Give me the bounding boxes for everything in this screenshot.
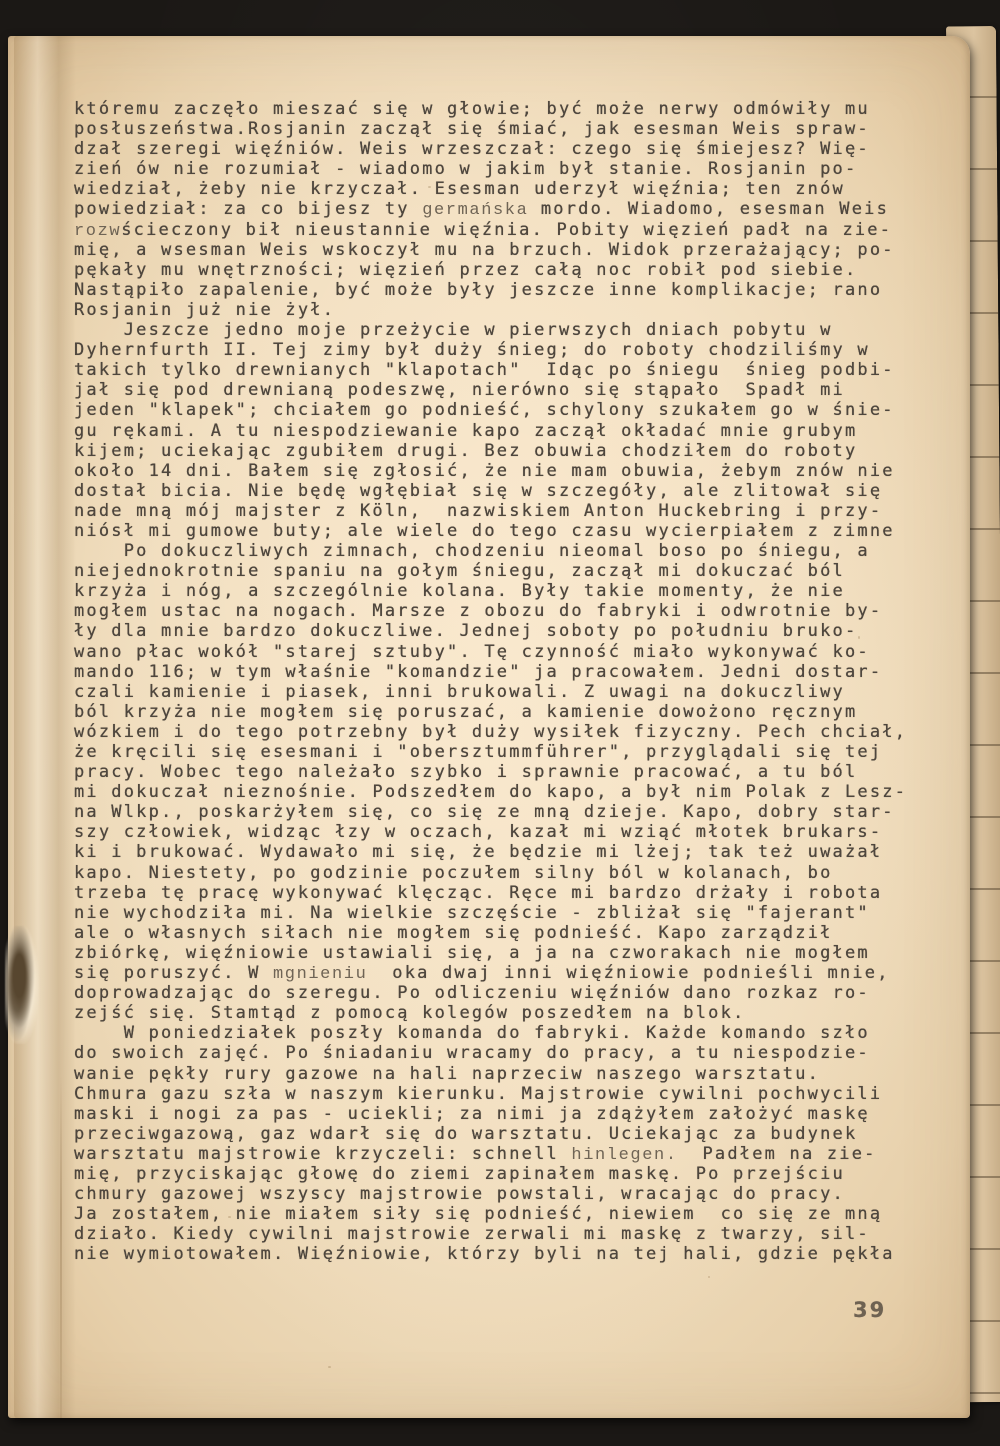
text-segment: mię, przyciskając głowę do ziemi zapinał…	[74, 1164, 845, 1184]
text-line: mogłem ustac na nogach. Marsze z obozu d…	[74, 601, 907, 621]
text-line: doprowadzając do szeregu. Po odliczeniu …	[74, 983, 907, 1003]
text-segment: czali kamienie i piasek, inni brukowali.…	[74, 682, 845, 702]
text-segment: ale o własnych siłach nie mogłem się pod…	[74, 923, 833, 943]
text-segment: nie wychodziła mi. Na wielkie szczęście …	[74, 903, 870, 923]
text-line: do swoich zajęć. Po śniadaniu wracamy do…	[74, 1043, 907, 1063]
text-line: zejść się. Stamtąd z pomocą kolegów posz…	[74, 1003, 907, 1023]
text-segment: zień ów nie rozumiał - wiadomo w jakim b…	[74, 159, 857, 179]
text-segment: powiedział: za co bijesz ty	[74, 199, 422, 219]
text-line: W poniedziałek poszły komanda do fabryki…	[74, 1023, 907, 1043]
text-line: że kręcili się esesmani i "obersztummfüh…	[74, 742, 907, 762]
text-segment: pękały mu wnętrzności; więzień przez cał…	[74, 260, 857, 280]
text-segment: mię, a wsesman Weis wskoczył mu na brzuc…	[74, 240, 895, 260]
text-segment: jeden "klapek"; chciałem go podnieść, sc…	[74, 400, 895, 420]
text-segment: mordo. Wiadomo, esesman Weis	[528, 199, 889, 219]
text-line: chmury gazowej wszyscy majstrowie powsta…	[74, 1184, 907, 1204]
text-line: niósł mi gumowe buty; ale wiele do tego …	[74, 521, 907, 541]
text-line: Po dokuczliwych zimnach, chodzeniu nieom…	[74, 541, 907, 561]
paper-crease	[14, 36, 76, 1418]
text-line: krzyża i nóg, a szczególnie kolana. Były…	[74, 581, 907, 601]
text-segment: niósł mi gumowe buty; ale wiele do tego …	[74, 521, 895, 541]
text-segment: około 14 dni. Bałem się zgłosić, że nie …	[74, 461, 895, 481]
text-line: Dyhernfurth II. Tej zimy był duży śnieg;…	[74, 340, 907, 360]
inserted-word: germańska	[422, 201, 528, 220]
text-segment: Jeszcze jedno moje przeżycie w pierwszyc…	[74, 320, 833, 340]
text-line: powiedział: za co bijesz ty germańska mo…	[74, 199, 907, 219]
paper-tear	[5, 926, 39, 1044]
text-segment: gu rękami. A tu niespodziewanie kapo zac…	[74, 421, 857, 441]
text-line: takich tylko drewnianych "klapotach" Idą…	[74, 360, 907, 380]
text-line: Ja zostałem, nie miałem siły się podnieś…	[74, 1204, 907, 1224]
text-line: mando 116; w tym właśnie "komandzie" ja …	[74, 662, 907, 682]
text-segment: ścieczony bił nieustannie więźnia. Pobit…	[121, 220, 892, 240]
text-segment: Po dokuczliwych zimnach, chodzeniu nieom…	[74, 541, 870, 561]
text-line: mi dokuczał nieznośnie. Podszedłem do ka…	[74, 782, 907, 802]
text-segment: mando 116; w tym właśnie "komandzie" ja …	[74, 662, 882, 682]
text-segment: wiedział, żeby nie krzyczał. Esesman ude…	[74, 179, 845, 199]
document-page: któremu zaczęło mieszać się w głowie; by…	[8, 36, 970, 1418]
text-line: dostał bicia. Nie będę wgłębiał się w sz…	[74, 481, 907, 501]
text-line: na Wlkp., poskarżyłem się, co się ze mną…	[74, 802, 907, 822]
text-segment: posłuszeństwa.Rosjanin zaczął się śmiać,…	[74, 119, 870, 139]
text-segment: warsztatu majstrowie krzyczeli: schnell	[74, 1144, 571, 1164]
text-segment: na Wlkp., poskarżyłem się, co się ze mną…	[74, 802, 895, 822]
text-line: wanie pękły rury gazowe na hali naprzeci…	[74, 1064, 907, 1084]
text-line: wano płac wokół "starej sztuby". Tę czyn…	[74, 642, 907, 662]
paper-speckle	[708, 1276, 710, 1278]
text-line: ły dla mnie bardzo dokuczliwe. Jednej so…	[74, 621, 907, 641]
text-segment: mi dokuczał nieznośnie. Podszedłem do ka…	[74, 782, 907, 802]
text-segment: maski i nogi za pas - uciekli; za nimi j…	[74, 1104, 870, 1124]
text-line: Rosjanin już nie żył.	[74, 300, 907, 320]
text-line: posłuszeństwa.Rosjanin zaczął się śmiać,…	[74, 119, 907, 139]
text-line: pracy. Wobec tego należało szybko i spra…	[74, 762, 907, 782]
text-line: Nastąpiło zapalenie, być może były jeszc…	[74, 280, 907, 300]
text-segment: któremu zaczęło mieszać się w głowie; by…	[74, 99, 870, 119]
text-line: wózkiem i do tego potrzebny był duży wys…	[74, 722, 907, 742]
text-line: nie wychodziła mi. Na wielkie szczęście …	[74, 903, 907, 923]
text-segment: ból krzyża nie mogłem się poruszać, a ka…	[74, 702, 857, 722]
text-segment: działo. Kiedy cywilni majstrowie zerwali…	[74, 1224, 870, 1244]
typewritten-text: któremu zaczęło mieszać się w głowie; by…	[74, 99, 907, 1264]
text-segment: wano płac wokół "starej sztuby". Tę czyn…	[74, 642, 870, 662]
text-line: mię, przyciskając głowę do ziemi zapinał…	[74, 1164, 907, 1184]
paper-fold-line	[60, 1076, 62, 1418]
text-segment: takich tylko drewnianych "klapotach" Idą…	[74, 360, 895, 380]
text-segment: oka dwaj inni więźniowie podnieśli mnie,	[367, 963, 889, 983]
inserted-word: mgnieniu	[273, 965, 367, 984]
text-segment: wanie pękły rury gazowe na hali naprzeci…	[74, 1064, 820, 1084]
text-line: niejednokrotnie spaniu na gołym śniegu, …	[74, 561, 907, 581]
text-line: pękały mu wnętrzności; więzień przez cał…	[74, 260, 907, 280]
text-segment: W poniedziałek poszły komanda do fabryki…	[74, 1023, 870, 1043]
text-line: warsztatu majstrowie krzyczeli: schnell …	[74, 1144, 907, 1164]
text-segment: krzyża i nóg, a szczególnie kolana. Były…	[74, 581, 845, 601]
text-line: wiedział, żeby nie krzyczał. Esesman ude…	[74, 179, 907, 199]
text-line: Jeszcze jedno moje przeżycie w pierwszyc…	[74, 320, 907, 340]
text-line: szy człowiek, widząc łzy w oczach, kazał…	[74, 822, 907, 842]
text-segment: niejednokrotnie spaniu na gołym śniegu, …	[74, 561, 845, 581]
text-line: nie wymiotowałem. Więźniowie, którzy byl…	[74, 1244, 907, 1264]
page-number: 39	[853, 1298, 886, 1322]
text-segment: pracy. Wobec tego należało szybko i spra…	[74, 762, 857, 782]
text-line: ból krzyża nie mogłem się poruszać, a ka…	[74, 702, 907, 722]
text-line: jeden "klapek"; chciałem go podnieść, sc…	[74, 400, 907, 420]
inserted-word: rozw	[74, 222, 121, 241]
text-segment: szy człowiek, widząc łzy w oczach, kazał…	[74, 822, 882, 842]
text-line: ale o własnych siłach nie mogłem się pod…	[74, 923, 907, 943]
text-line: jał się pod drewnianą podeszwę, nierówno…	[74, 380, 907, 400]
text-line: około 14 dni. Bałem się zgłosić, że nie …	[74, 461, 907, 481]
text-segment: Rosjanin już nie żył.	[74, 300, 335, 320]
text-segment: mogłem ustac na nogach. Marsze z obozu d…	[74, 601, 882, 621]
text-line: mię, a wsesman Weis wskoczył mu na brzuc…	[74, 240, 907, 260]
text-segment: jał się pod drewnianą podeszwę, nierówno…	[74, 380, 845, 400]
text-segment: się poruszyć. W	[74, 963, 273, 983]
text-segment: że kręcili się esesmani i "obersztummfüh…	[74, 742, 882, 762]
text-line: ki i brukować. Wydawało mi się, że będzi…	[74, 842, 907, 862]
text-line: kijem; uciekając zgubiłem drugi. Bez obu…	[74, 441, 907, 461]
text-segment: Padłem na zie-	[678, 1144, 877, 1164]
paper-speckle	[328, 1366, 331, 1368]
text-segment: przeciwgazową, gaz wdarł się do warsztat…	[74, 1124, 857, 1144]
text-segment: kijem; uciekając zgubiłem drugi. Bez obu…	[74, 441, 857, 461]
text-segment: zbiórkę, więźniowie ustawiali się, a ja …	[74, 943, 870, 963]
text-segment: chmury gazowej wszyscy majstrowie powsta…	[74, 1184, 845, 1204]
text-line: Chmura gazu szła w naszym kierunku. Majs…	[74, 1084, 907, 1104]
text-line: się poruszyć. W mgnieniu oka dwaj inni w…	[74, 963, 907, 983]
text-segment: kapo. Niestety, po godzinie poczułem sil…	[74, 863, 833, 883]
text-line: kapo. Niestety, po godzinie poczułem sil…	[74, 863, 907, 883]
text-segment: trzeba tę pracę wykonywać klęcząc. Ręce …	[74, 883, 882, 903]
text-line: przeciwgazową, gaz wdarł się do warsztat…	[74, 1124, 907, 1144]
text-line: dzał szeregi więźniów. Weis wrzeszczał: …	[74, 139, 907, 159]
text-segment: nade mną mój majster z Köln, nazwiskiem …	[74, 501, 882, 521]
inserted-word: hinlegen.	[571, 1146, 677, 1165]
text-segment: ki i brukować. Wydawało mi się, że będzi…	[74, 842, 882, 862]
text-segment: wózkiem i do tego potrzebny był duży wys…	[74, 722, 907, 742]
text-line: zbiórkę, więźniowie ustawiali się, a ja …	[74, 943, 907, 963]
text-segment: doprowadzając do szeregu. Po odliczeniu …	[74, 983, 870, 1003]
text-segment: Chmura gazu szła w naszym kierunku. Majs…	[74, 1084, 882, 1104]
text-segment: dzał szeregi więźniów. Weis wrzeszczał: …	[74, 139, 870, 159]
text-line: maski i nogi za pas - uciekli; za nimi j…	[74, 1104, 907, 1124]
text-line: rozwścieczony bił nieustannie więźnia. P…	[74, 220, 907, 240]
text-line: czali kamienie i piasek, inni brukowali.…	[74, 682, 907, 702]
text-segment: ły dla mnie bardzo dokuczliwe. Jednej so…	[74, 621, 857, 641]
text-segment: Dyhernfurth II. Tej zimy był duży śnieg;…	[74, 340, 870, 360]
text-line: zień ów nie rozumiał - wiadomo w jakim b…	[74, 159, 907, 179]
text-line: działo. Kiedy cywilni majstrowie zerwali…	[74, 1224, 907, 1244]
text-segment: nie wymiotowałem. Więźniowie, którzy byl…	[74, 1244, 895, 1264]
text-segment: do swoich zajęć. Po śniadaniu wracamy do…	[74, 1043, 870, 1063]
text-line: któremu zaczęło mieszać się w głowie; by…	[74, 99, 907, 119]
text-segment: Nastąpiło zapalenie, być może były jeszc…	[74, 280, 882, 300]
text-segment: Ja zostałem, nie miałem siły się podnieś…	[74, 1204, 882, 1224]
text-line: trzeba tę pracę wykonywać klęcząc. Ręce …	[74, 883, 907, 903]
text-line: nade mną mój majster z Köln, nazwiskiem …	[74, 501, 907, 521]
text-line: gu rękami. A tu niespodziewanie kapo zac…	[74, 421, 907, 441]
text-segment: zejść się. Stamtąd z pomocą kolegów posz…	[74, 1003, 745, 1023]
scanned-document-photo: { "page": { "number": "39", "lines": [ […	[0, 0, 1000, 1446]
text-segment: dostał bicia. Nie będę wgłębiał się w sz…	[74, 481, 882, 501]
